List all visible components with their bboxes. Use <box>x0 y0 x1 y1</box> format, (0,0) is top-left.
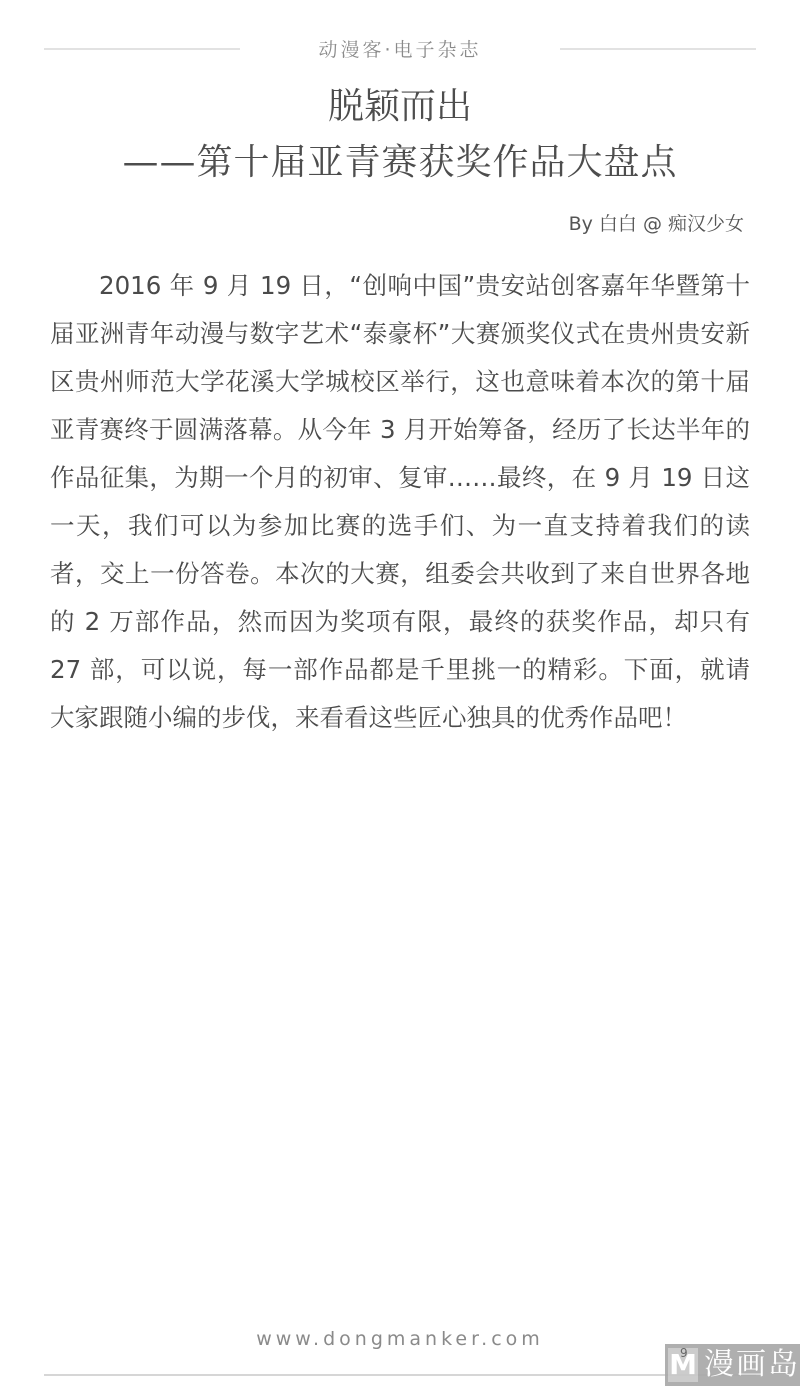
footer-divider <box>44 1374 756 1376</box>
page-number: 9 <box>680 1346 688 1360</box>
magazine-name: 动漫客·电子杂志 <box>0 36 800 64</box>
magazine-header: 动漫客·电子杂志 <box>0 36 800 64</box>
header-divider-right <box>560 48 756 50</box>
watermark-text: 漫画岛 <box>704 1345 800 1385</box>
article-byline: By 白白 @ 痴汉少女 <box>569 210 744 238</box>
article-body: 2016 年 9 月 19 日，“创响中国”贵安站创客嘉年华暨第十届亚洲青年动漫… <box>50 262 750 742</box>
article-paragraph: 2016 年 9 月 19 日，“创响中国”贵安站创客嘉年华暨第十届亚洲青年动漫… <box>50 262 750 742</box>
article-title: 脱颖而出 <box>0 84 800 130</box>
article-subtitle: ——第十届亚青赛获奖作品大盘点 <box>0 140 800 186</box>
